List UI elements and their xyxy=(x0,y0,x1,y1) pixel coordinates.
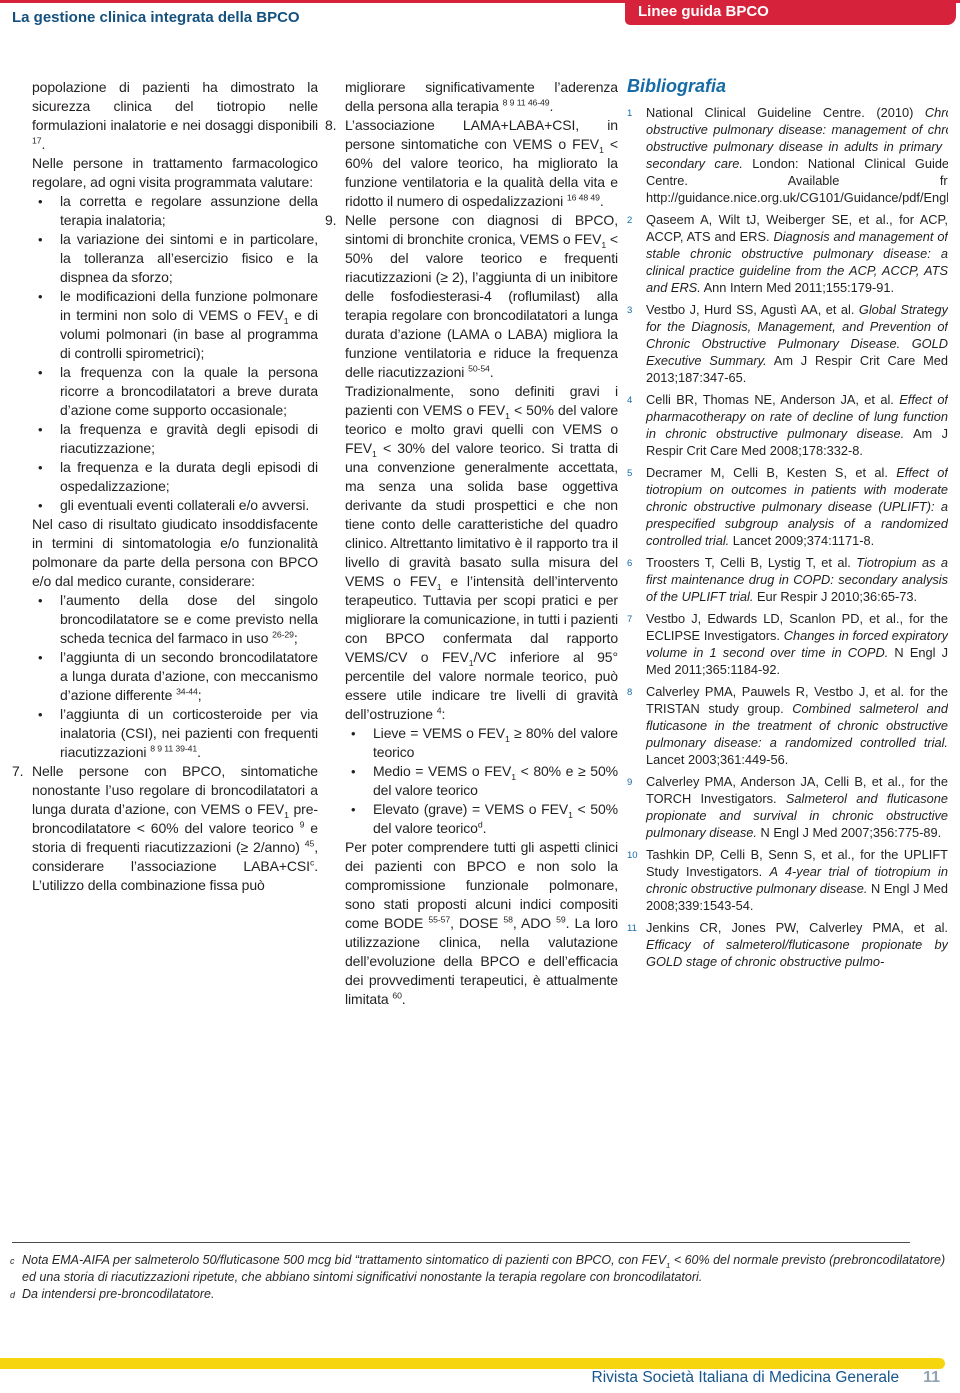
section-badge: Linee guida BPCO xyxy=(625,0,956,25)
bullet-dot: • xyxy=(38,496,60,515)
bullet-dot: • xyxy=(38,192,60,230)
bibliography-column: Bibliografia 1National Clinical Guidelin… xyxy=(627,78,948,1240)
content-columns: popolazione di pazienti ha dimostrato la… xyxy=(12,78,948,1240)
reference-item: 11Jenkins CR, Jones PW, Calverley PMA, e… xyxy=(627,919,948,970)
numbered-item: 7.Nelle persone con BPCO, sintomatiche n… xyxy=(12,762,318,895)
bullet-item: •la frequenza e gravità degli episodi di… xyxy=(12,420,318,458)
numbered-item: 9.Nelle persone con diagnosi di BPCO, si… xyxy=(325,211,618,382)
reference-item: 1National Clinical Guideline Centre. (20… xyxy=(627,104,948,206)
reference-text: Tashkin DP, Celli B, Senn S, et al., for… xyxy=(646,846,948,914)
reference-number: 6 xyxy=(627,554,646,605)
item-number: 9. xyxy=(325,211,345,382)
item-number: 7. xyxy=(12,762,32,895)
item-text: Elevato (grave) = VEMS o FEV1 < 50% del … xyxy=(373,800,618,838)
footnote-text: Da intendersi pre-broncodilatatore. xyxy=(22,1286,950,1304)
bullet-dot: • xyxy=(351,762,373,800)
paragraph: migliorare significativamente l’aderenza… xyxy=(325,78,618,116)
reference-item: 10Tashkin DP, Celli B, Senn S, et al., f… xyxy=(627,846,948,914)
page-title: La gestione clinica integrata della BPCO xyxy=(12,9,300,26)
paragraph: Per poter comprendere tutti gli aspetti … xyxy=(325,838,618,1009)
item-text: la frequenza e gravità degli episodi di … xyxy=(60,420,318,458)
bullet-item: •l’aggiunta di un secondo broncodilatato… xyxy=(12,648,318,705)
item-text: la variazione dei sintomi e in particola… xyxy=(60,230,318,287)
reference-text: Decramer M, Celli B, Kesten S, et al. Ef… xyxy=(646,464,948,549)
item-text: Medio = VEMS o FEV1 < 80% e ≥ 50% del va… xyxy=(373,762,618,800)
bullet-dot: • xyxy=(351,800,373,838)
paragraph: popolazione di pazienti ha dimostrato la… xyxy=(12,78,318,154)
bullet-item: •l’aggiunta di un corticosteroide per vi… xyxy=(12,705,318,762)
bullet-item: •la variazione dei sintomi e in particol… xyxy=(12,230,318,287)
reference-number: 10 xyxy=(627,846,646,914)
item-text: l’aumento della dose del singolo broncod… xyxy=(60,591,318,648)
reference-number: 11 xyxy=(627,919,646,970)
reference-list: 1National Clinical Guideline Centre. (20… xyxy=(627,104,948,970)
paragraph: Tradizionalmente, sono definiti gravi i … xyxy=(325,382,618,724)
item-number: 8. xyxy=(325,116,345,211)
page: { "header": { "left_title": "La gestione… xyxy=(0,0,960,1393)
bullet-item: •la corretta e regolare assunzione della… xyxy=(12,192,318,230)
reference-item: 5Decramer M, Celli B, Kesten S, et al. E… xyxy=(627,464,948,549)
item-text: l’aggiunta di un secondo broncodilatator… xyxy=(60,648,318,705)
reference-text: Jenkins CR, Jones PW, Calverley PMA, et … xyxy=(646,919,948,970)
reference-number: 5 xyxy=(627,464,646,549)
bullet-item: •Medio = VEMS o FEV1 < 80% e ≥ 50% del v… xyxy=(325,762,618,800)
reference-number: 4 xyxy=(627,391,646,459)
reference-text: Qaseem A, Wilt tJ, Weiberger SE, et al.,… xyxy=(646,211,948,296)
reference-number: 9 xyxy=(627,773,646,841)
bullet-item: •Lieve = VEMS o FEV1 ≥ 80% del valore te… xyxy=(325,724,618,762)
footnotes: cNota EMA-AIFA per salmeterolo 50/flutic… xyxy=(10,1252,950,1304)
bullet-dot: • xyxy=(351,724,373,762)
reference-number: 1 xyxy=(627,104,646,206)
bullet-dot: • xyxy=(38,591,60,648)
bullet-item: •l’aumento della dose del singolo bronco… xyxy=(12,591,318,648)
bullet-dot: • xyxy=(38,230,60,287)
reference-text: National Clinical Guideline Centre. (201… xyxy=(646,104,948,206)
reference-text: Celli BR, Thomas NE, Anderson JA, et al.… xyxy=(646,391,948,459)
item-text: l’aggiunta di un corticosteroide per via… xyxy=(60,705,318,762)
item-text: le modificazioni della funzione polmonar… xyxy=(60,287,318,363)
bullet-item: •Elevato (grave) = VEMS o FEV1 < 50% del… xyxy=(325,800,618,838)
paragraph: Nel caso di risultato giudicato insoddis… xyxy=(12,515,318,591)
bullet-item: •la frequenza con la quale la persona ri… xyxy=(12,363,318,420)
bullet-dot: • xyxy=(38,705,60,762)
reference-item: 9Calverley PMA, Anderson JA, Celli B, et… xyxy=(627,773,948,841)
bullet-dot: • xyxy=(38,648,60,705)
reference-text: Vestbo J, Hurd SS, Agustì AA, et al. Glo… xyxy=(646,301,948,386)
bullet-dot: • xyxy=(38,363,60,420)
page-footer: Rivista Società Italiana di Medicina Gen… xyxy=(592,1369,941,1387)
footnote-text: Nota EMA-AIFA per salmeterolo 50/flutica… xyxy=(22,1252,950,1286)
item-text: gli eventuali eventi collaterali e/o avv… xyxy=(60,496,318,515)
item-text: la corretta e regolare assunzione della … xyxy=(60,192,318,230)
reference-number: 8 xyxy=(627,683,646,768)
bullet-item: •la frequenza e la durata degli episodi … xyxy=(12,458,318,496)
page-number: 11 xyxy=(923,1369,940,1387)
footnote-mark: c xyxy=(10,1252,22,1286)
journal-name: Rivista Società Italiana di Medicina Gen… xyxy=(592,1369,900,1387)
item-text: Nelle persone con BPCO, sintomatiche non… xyxy=(32,762,318,895)
column-2: migliorare significativamente l’aderenza… xyxy=(325,78,618,1240)
reference-number: 3 xyxy=(627,301,646,386)
numbered-item: 8.L’associazione LAMA+LABA+CSI, in perso… xyxy=(325,116,618,211)
item-text: la frequenza e la durata degli episodi d… xyxy=(60,458,318,496)
item-text: Nelle persone con diagnosi di BPCO, sint… xyxy=(345,211,618,382)
bibliography-title: Bibliografia xyxy=(627,78,948,95)
bullet-item: •gli eventuali eventi collaterali e/o av… xyxy=(12,496,318,515)
reference-number: 7 xyxy=(627,610,646,678)
bullet-dot: • xyxy=(38,420,60,458)
reference-text: Troosters T, Celli B, Lystig T, et al. T… xyxy=(646,554,948,605)
reference-text: Vestbo J, Edwards LD, Scanlon PD, et al.… xyxy=(646,610,948,678)
reference-item: 3Vestbo J, Hurd SS, Agustì AA, et al. Gl… xyxy=(627,301,948,386)
reference-item: 4Celli BR, Thomas NE, Anderson JA, et al… xyxy=(627,391,948,459)
reference-number: 2 xyxy=(627,211,646,296)
paragraph: Nelle persone in trattamento farmacologi… xyxy=(12,154,318,192)
item-text: Lieve = VEMS o FEV1 ≥ 80% del valore teo… xyxy=(373,724,618,762)
footnote-mark: d xyxy=(10,1286,22,1304)
column-1: popolazione di pazienti ha dimostrato la… xyxy=(12,78,318,1240)
item-text: la frequenza con la quale la persona ric… xyxy=(60,363,318,420)
reference-item: 6Troosters T, Celli B, Lystig T, et al. … xyxy=(627,554,948,605)
footnote-item: cNota EMA-AIFA per salmeterolo 50/flutic… xyxy=(10,1252,950,1286)
reference-text: Calverley PMA, Anderson JA, Celli B, et … xyxy=(646,773,948,841)
bullet-dot: • xyxy=(38,287,60,363)
reference-item: 2Qaseem A, Wilt tJ, Weiberger SE, et al.… xyxy=(627,211,948,296)
reference-item: 8Calverley PMA, Pauwels R, Vestbo J, et … xyxy=(627,683,948,768)
reference-item: 7Vestbo J, Edwards LD, Scanlon PD, et al… xyxy=(627,610,948,678)
reference-text: Calverley PMA, Pauwels R, Vestbo J, et a… xyxy=(646,683,948,768)
bullet-dot: • xyxy=(38,458,60,496)
footnote-item: dDa intendersi pre-broncodilatatore. xyxy=(10,1286,950,1304)
footer-accent-bar xyxy=(0,1358,945,1369)
bullet-item: •le modificazioni della funzione polmona… xyxy=(12,287,318,363)
footnote-divider xyxy=(12,1242,910,1243)
item-text: L’associazione LAMA+LABA+CSI, in persone… xyxy=(345,116,618,211)
